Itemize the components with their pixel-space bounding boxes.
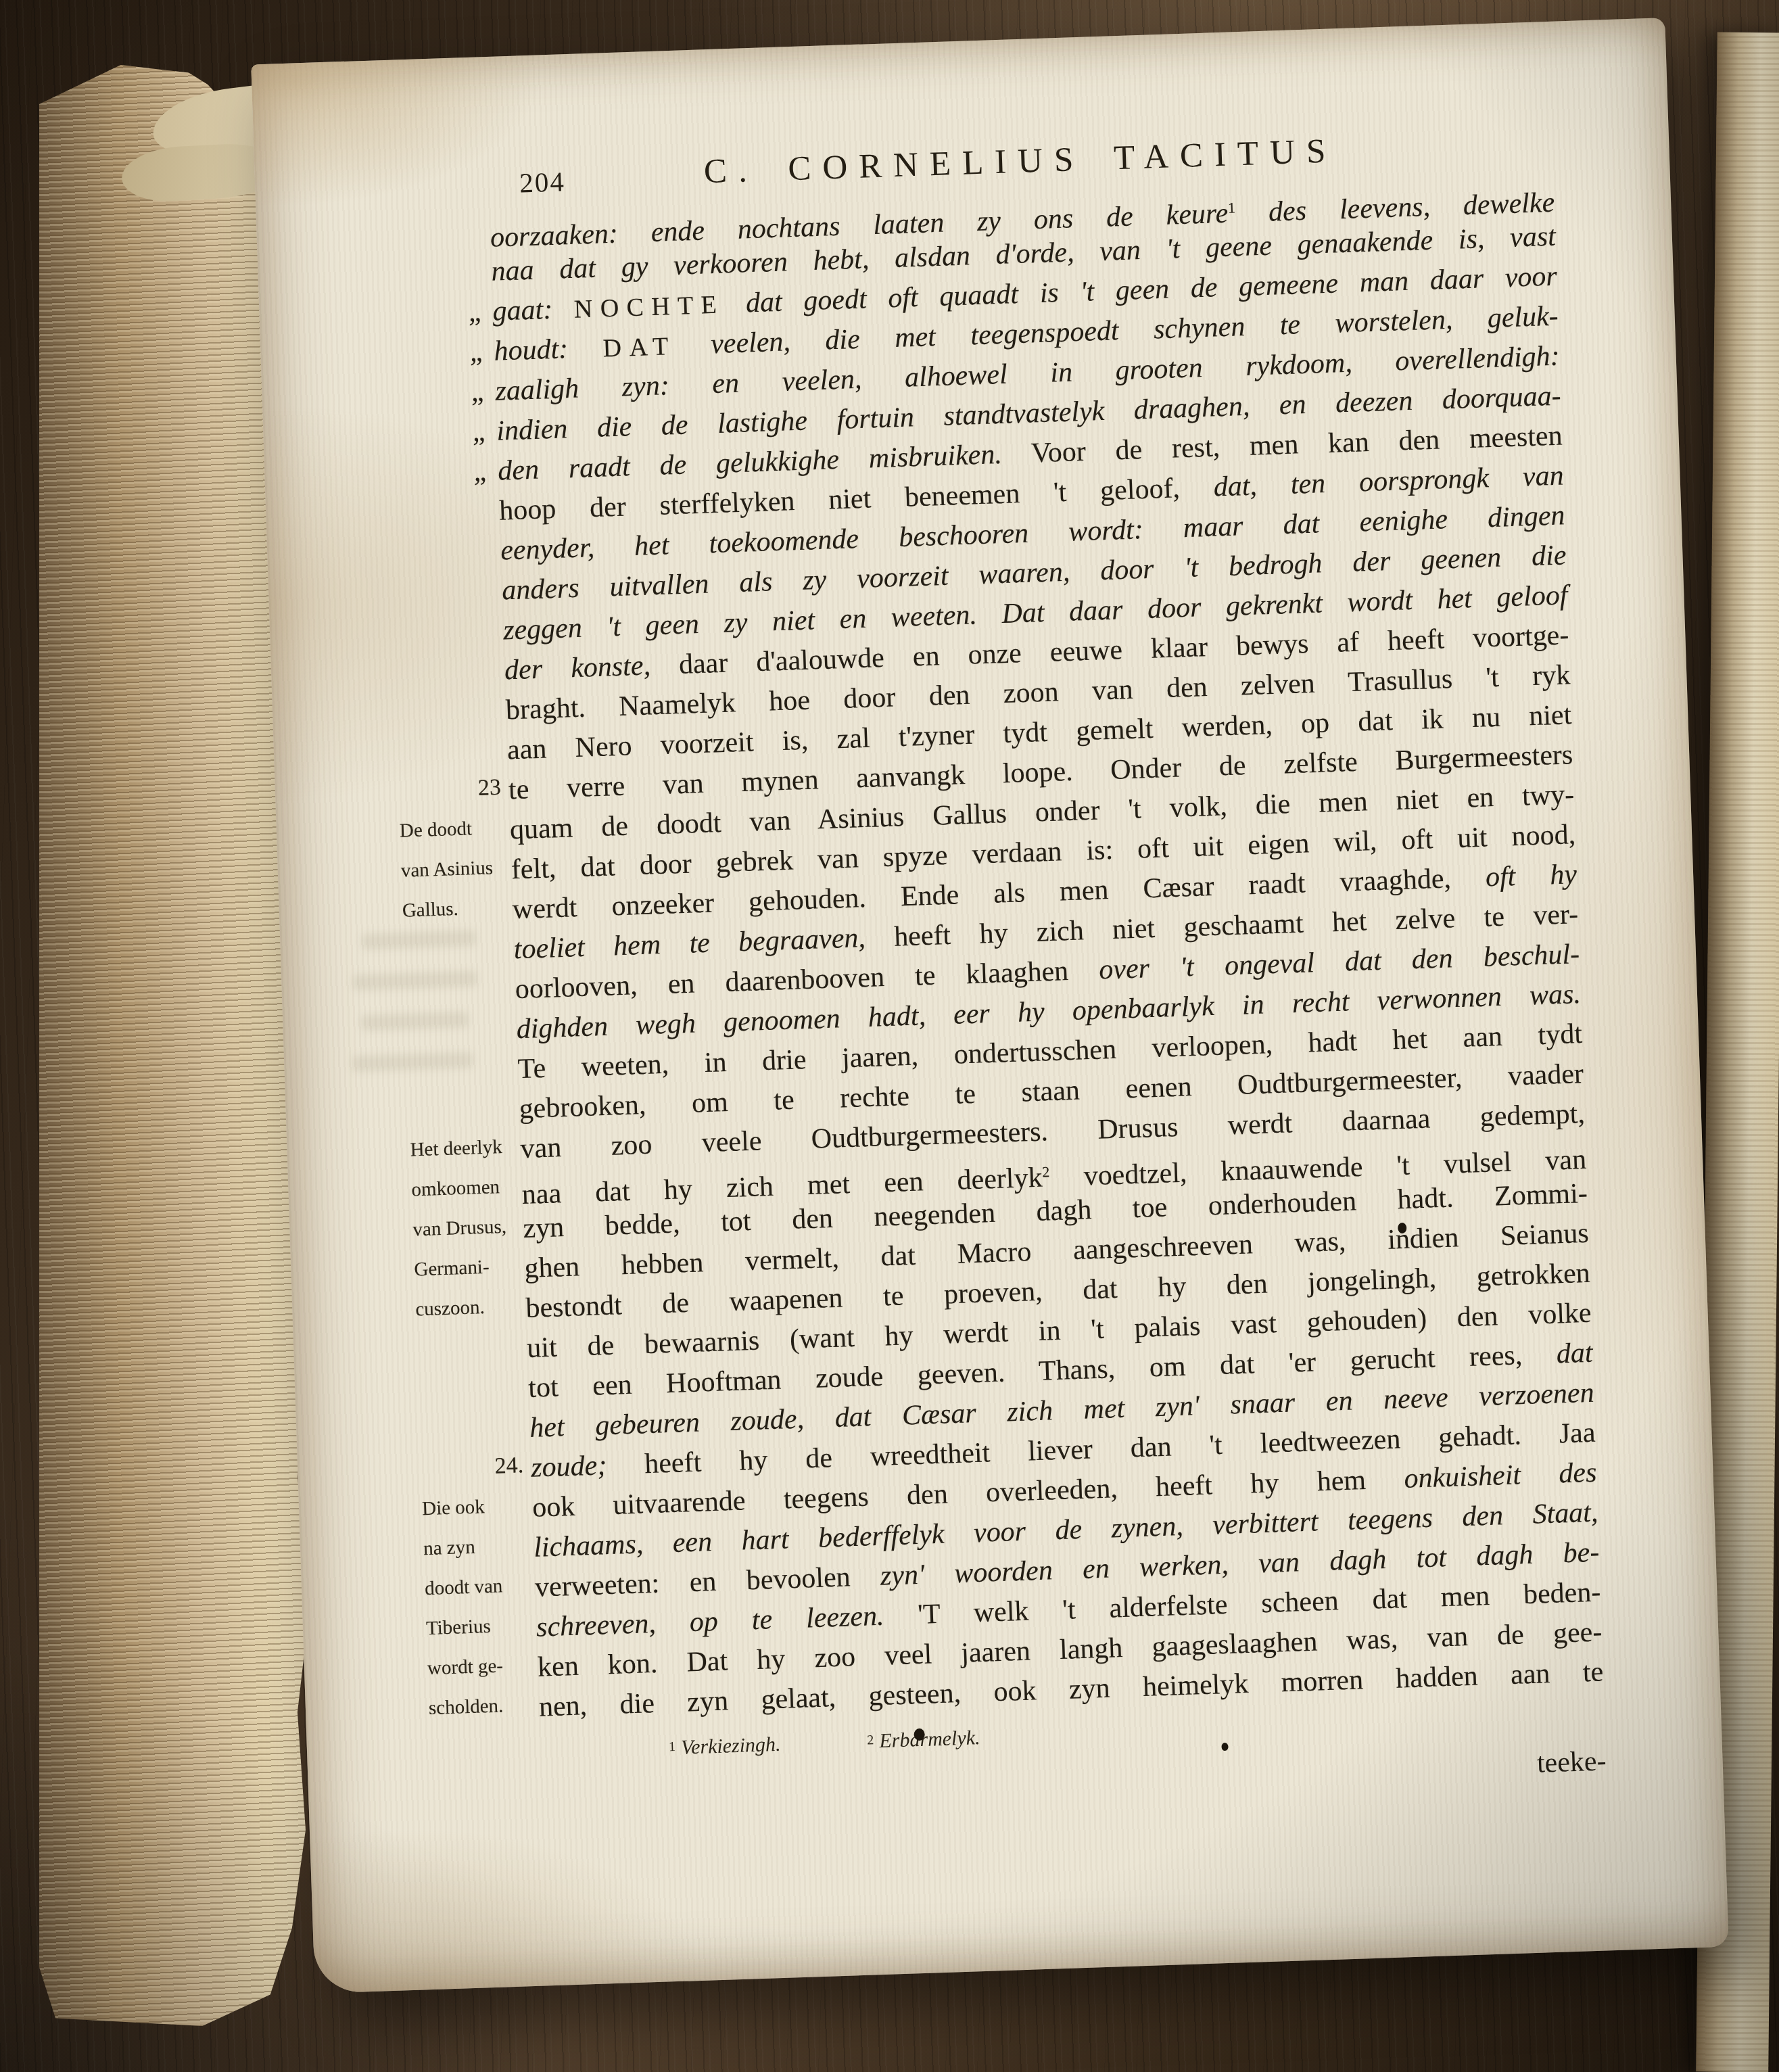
text-segment: verweeten: en bevoolen — [534, 1561, 880, 1603]
text-segment: 1 — [1228, 199, 1236, 216]
margin-note-line: cuszoon. — [395, 1294, 528, 1321]
bleedthrough-text — [360, 1012, 469, 1031]
text-segment: NOCHTE — [573, 290, 725, 323]
text-segment: der konste, — [504, 649, 679, 686]
margin-notes: 23De doodtvan AsiniusGallus.Het deerlyko… — [251, 18, 1665, 64]
margin-note-line: doodt van — [404, 1574, 538, 1601]
text-segment: houdt: — [494, 332, 604, 367]
body-text: oorzaaken: ende nochtans laaten zy ons d… — [490, 177, 1604, 1728]
margin-note-line: van Asinius — [380, 855, 513, 882]
text-segment: dat, ten oorsprongk van — [1213, 460, 1564, 502]
margin-note-line: De doodt — [379, 816, 512, 843]
hanging-quote-mark: „ — [468, 292, 485, 333]
bleedthrough-text — [352, 1052, 474, 1072]
text-segment: oft hy — [1485, 859, 1578, 893]
book-page: 204 C. CORNELIUS TACITUS oorzaaken: ende… — [251, 18, 1728, 1994]
margin-note-line: Gallus. — [381, 895, 515, 922]
margin-section-number: 24. — [400, 1454, 533, 1481]
footnote: 1Verkiezingh. — [669, 1733, 781, 1759]
hanging-quote-mark: „ — [473, 452, 490, 492]
text-segment: zoude; — [531, 1449, 646, 1484]
ink-speck — [1221, 1743, 1228, 1751]
margin-note-line: Die ook — [402, 1494, 535, 1521]
footnote-mark: 1 — [669, 1739, 676, 1754]
margin-note-line: Het deerlyk — [389, 1135, 523, 1162]
margin-note-line: na zyn — [403, 1534, 536, 1561]
text-segment: DAT — [602, 332, 676, 363]
footnote-mark: 2 — [867, 1733, 874, 1747]
margin-note-line: scholden. — [408, 1693, 541, 1720]
margin-note-line: Tiberius — [406, 1614, 539, 1641]
margin-note-line: wordt ge- — [406, 1653, 540, 1680]
text-segment: gaat: — [492, 293, 575, 327]
text-segment: 2 — [1042, 1163, 1050, 1180]
hanging-quote-mark: „ — [471, 412, 488, 452]
text-segment: dat — [1556, 1338, 1593, 1370]
margin-note-line: Germani- — [394, 1254, 527, 1281]
bleedthrough-text — [361, 930, 477, 950]
text-segment: onkuisheit des — [1404, 1457, 1597, 1494]
margin-note-line: van Drusus, — [392, 1215, 525, 1242]
hanging-quote-mark: „ — [471, 372, 488, 413]
margin-section-number: 23 — [377, 776, 511, 803]
bleedthrough-text — [352, 970, 478, 991]
margin-note-line: omkoomen — [391, 1175, 524, 1202]
hanging-quote-mark: „ — [469, 332, 486, 373]
